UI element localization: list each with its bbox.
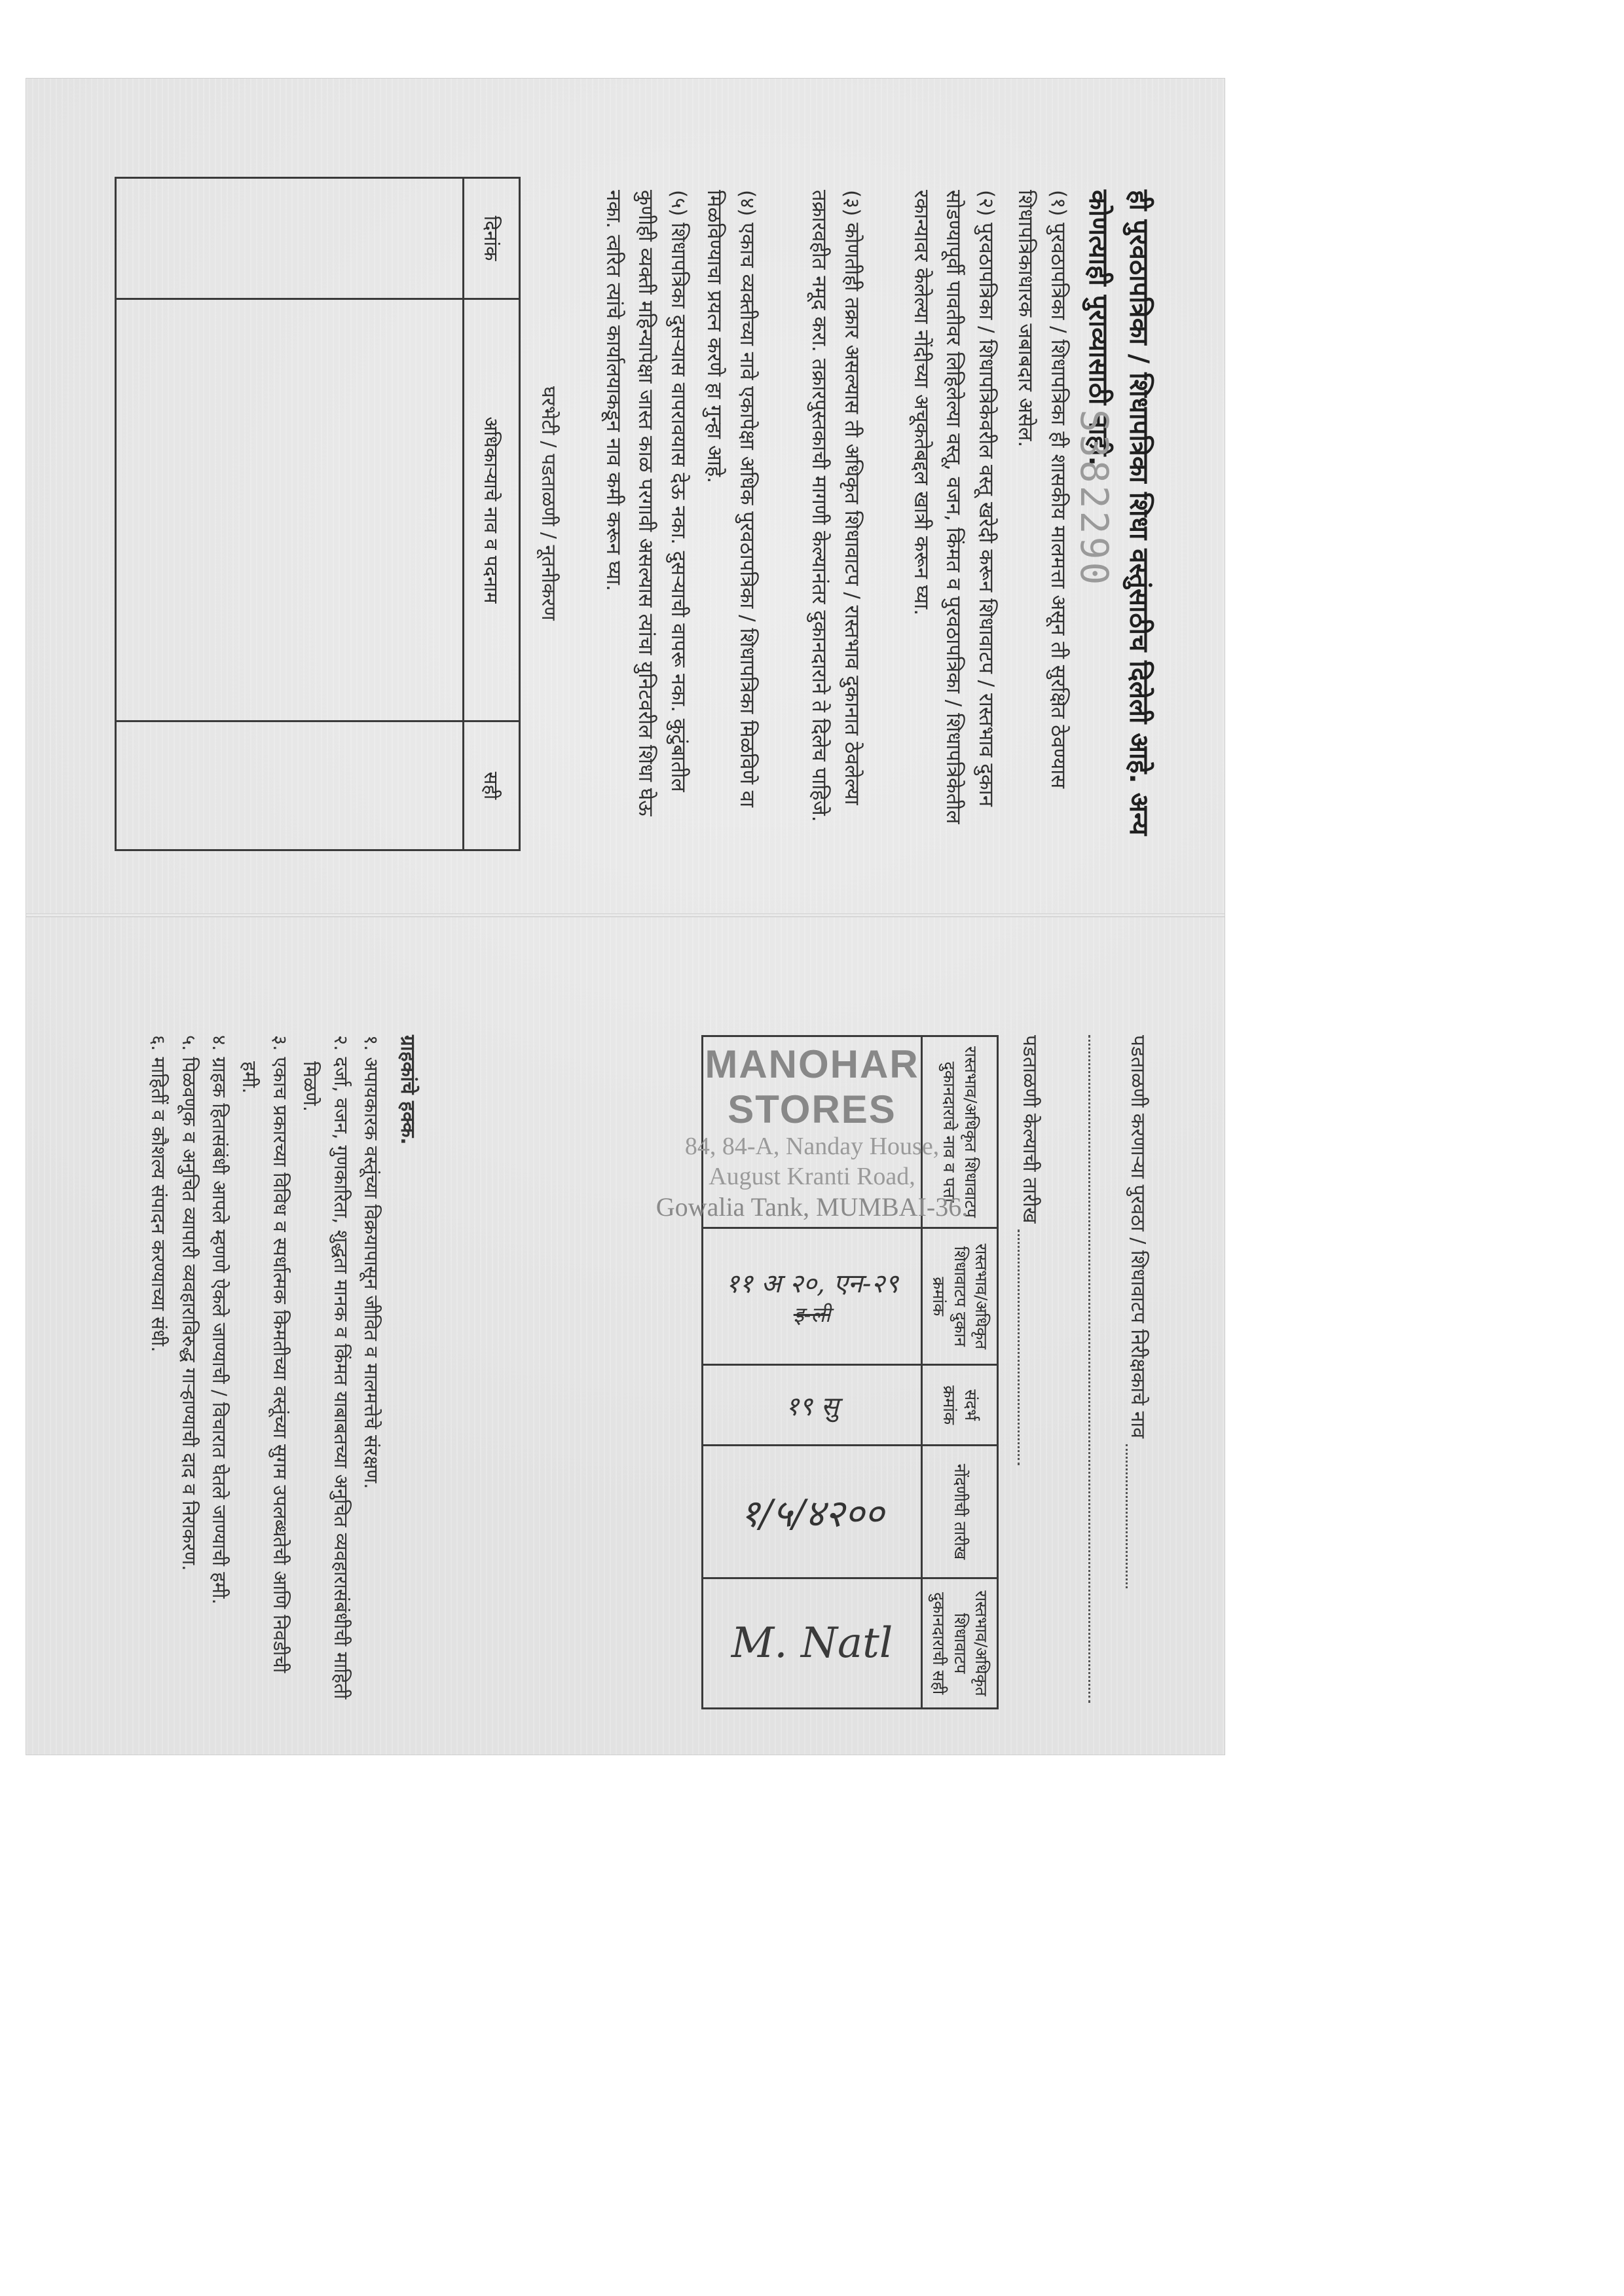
cell-registration-date: १/५/४२०० [703, 1445, 922, 1578]
column-officer-name: अधिकाऱ्याचे नाव व पदनाम [464, 299, 520, 721]
column-date: दिनांक [464, 178, 520, 299]
column-signature: सही [464, 721, 520, 850]
consumer-rights-list: १. अपायकारक वस्तूंच्या विक्रयापासून जीवि… [143, 1035, 386, 1703]
inspection-register-title: घरभेटी / पडताळणी / नूतनीकरण [536, 386, 563, 621]
verification-date-label: पडताळणी केल्याची तारीख [1018, 1035, 1041, 1223]
struck-out-text: इ-ली [707, 1300, 917, 1328]
inspection-register-table: दिनांक अधिकाऱ्याचे नाव व पदनाम सही [115, 177, 521, 851]
handwritten-reference-number: १९ सु [714, 1387, 910, 1423]
cell-reference-number: १९ सु [703, 1365, 922, 1446]
table-header-row: दिनांक अधिकाऱ्याचे नाव व पदनाम सही [464, 178, 520, 850]
table-row [116, 178, 464, 850]
handwritten-registration-date: १/५/४२०० [707, 1486, 917, 1538]
list-item: ६. माहितीं व कौशल्य संपादन करण्याच्या सं… [143, 1035, 174, 1703]
cell-shop-number: ११ अ २०, एन-२९ इ-ली [703, 1228, 922, 1365]
shop-panel: पडताळणी करणाऱ्या पुरवठा / शिधावाटप निरीक… [26, 917, 1225, 1755]
stamp-shop-name: MANOHAR STORES [642, 1042, 982, 1132]
inspector-name-label: पडताळणी करणाऱ्या पुरवठा / शिधावाटप निरीक… [1126, 1035, 1149, 1438]
table-row: MANOHAR STORES 84, 84-A, Nanday House, A… [703, 1036, 922, 1709]
list-item: २. दर्जा, वजन, गुणकारिता, शुद्धता मानक व… [295, 1035, 356, 1703]
inspector-name-dotted-line [1088, 1035, 1090, 1703]
column-reference-number: संदर्भ क्रमांक [922, 1365, 998, 1446]
column-shopkeeper-signature: रास्तभाव/अधिकृत शिधावाटप दुकानदाराची सही [922, 1578, 998, 1709]
list-item: ४. ग्राहक हितासंबंधी आपले म्हणणे ऐकले जा… [204, 1035, 234, 1703]
verification-date-value [1018, 1230, 1020, 1465]
verification-date-field: पडताळणी केल्याची तारीख [1018, 1035, 1044, 1465]
list-item: १. अपायकारक वस्तूंच्या विक्रयापासून जीवि… [356, 1035, 386, 1703]
stamp-address-line-2: August Kranti Road, [642, 1162, 982, 1192]
handwritten-shop-number: ११ अ २०, एन-२९ इ-ली [707, 1264, 917, 1328]
shop-number-text: ११ अ २०, एन-२९ [726, 1269, 898, 1299]
instructions-panel: ही पुरवठापत्रिका / शिधापत्रिका शिधा वस्त… [26, 79, 1225, 913]
serial-number: S382290 [1072, 409, 1116, 587]
stamp-address-line-3: Gowalia Tank, MUMBAI-36. [642, 1192, 982, 1222]
instruction-3: (३) कोणतीही तक्रार असल्यास ती अधिकृत शिध… [803, 190, 868, 845]
cell-signature [116, 721, 464, 850]
cell-date [116, 178, 464, 299]
consumer-rights-title: ग्राहकांचे हक्क. [396, 1035, 422, 1145]
column-shop-number: रास्तभाव/अधिकृत शिधावाटप दुकान क्रमांक [922, 1228, 998, 1365]
inspector-name-value [1126, 1444, 1128, 1588]
instruction-5: (५) शिधापत्रिका दुसऱ्यास वापरावयास देऊ न… [597, 190, 694, 845]
ration-card-scan: ही पुरवठापत्रिका / शिधापत्रिका शिधा वस्त… [26, 79, 1225, 1755]
stamp-address-line-1: 84, 84-A, Nanday House, [642, 1132, 982, 1162]
list-item: ५. पिळवणूक व अनुचित व्यापारी व्यवहाराविर… [174, 1035, 204, 1703]
inspector-name-field: पडताळणी करणाऱ्या पुरवठा / शिधावाटप निरीक… [1126, 1035, 1153, 1588]
shop-stamp: MANOHAR STORES 84, 84-A, Nanday House, A… [642, 1042, 982, 1222]
shop-registration-table: रास्तभाव/अधिकृत शिधावाटप दुकानदाराचे नाव… [701, 1035, 999, 1709]
cell-shopkeeper-stamp: MANOHAR STORES 84, 84-A, Nanday House, A… [703, 1036, 922, 1228]
list-item: ३. एकाच प्रकारच्या विविध व स्पर्धात्मक क… [234, 1035, 295, 1703]
shopkeeper-signature: M. Natl [707, 1619, 917, 1667]
instruction-4: (४) एकाच व्यक्तीच्या नावे एकापेक्षा अधिक… [698, 190, 763, 845]
instruction-1: (१) पुरवठापत्रिका / शिधापत्रिका ही शासकी… [1009, 190, 1074, 845]
cell-shopkeeper-signature: M. Natl [703, 1578, 922, 1709]
instruction-2: (२) पुरवठापत्रिका / शिधापत्रिकेवरील वस्त… [904, 190, 1002, 845]
cell-officer-name [116, 299, 464, 721]
column-registration-date: नोंदणीची तारीख [922, 1445, 998, 1578]
